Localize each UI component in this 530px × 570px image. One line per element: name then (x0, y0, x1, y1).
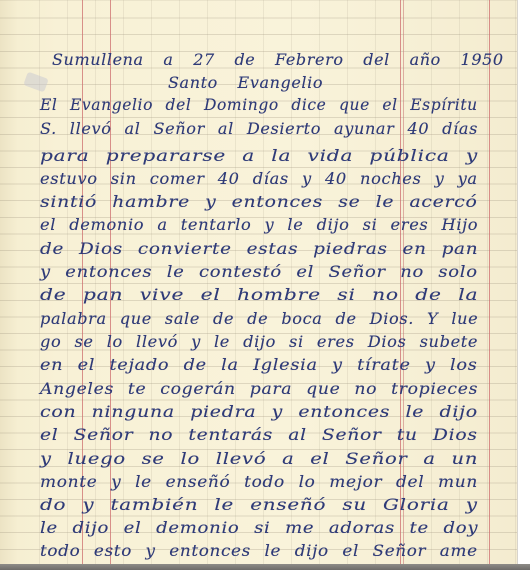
text-line: le dijo el demonio si me adoras te doy (40, 519, 478, 537)
text-line: en el tejado de la Iglesia y tírate y lo… (40, 356, 477, 374)
right-margin-line-outer (489, 0, 490, 566)
text-line: el Señor no tentarás al Señor tu Dios (40, 426, 478, 444)
text-line: go se lo llevó y le dijo si eres Dios su… (40, 333, 478, 351)
scan-bottom-edge (0, 564, 530, 570)
text-line: monte y le enseñó todo lo mejor del mun (40, 473, 478, 491)
document-title: Santo Evangelio (168, 73, 323, 92)
text-line: palabra que sale de de boca de Dios. Y l… (40, 310, 478, 328)
text-line: Angeles te cogerán para que no tropieces (40, 380, 478, 398)
notebook-page: Sumullena a 27 de Febrero del año 1950 S… (0, 0, 519, 566)
text-line: do y también le enseñó su Gloria y (40, 496, 478, 514)
text-line: El Evangelio del Domingo dice que el Esp… (40, 96, 478, 114)
text-line: S. llevó al Señor al Desierto ayunar 40 … (40, 120, 478, 138)
text-line: con ninguna piedra y entonces le dijo (40, 403, 478, 421)
text-line: para prepararse a la vida pública y (40, 147, 478, 165)
text-line: estuvo sin comer 40 días y 40 noches y y… (40, 170, 478, 188)
text-line: el demonio a tentarlo y le dijo si eres … (40, 216, 478, 234)
date-line: Sumullena a 27 de Febrero del año 1950 (52, 50, 504, 69)
text-line: de Dios convierte estas piedras en pan (40, 240, 478, 258)
text-line: todo esto y entonces le dijo el Señor am… (40, 542, 478, 560)
text-line: sintió hambre y entonces se le acercó (40, 193, 478, 211)
text-line: y entonces le contestó el Señor no solo (40, 263, 478, 281)
text-line: de pan vive el hombre si no de la (40, 286, 478, 304)
text-line: y luego se lo llevó a el Señor a un (40, 450, 478, 468)
scan-right-edge (517, 0, 530, 570)
